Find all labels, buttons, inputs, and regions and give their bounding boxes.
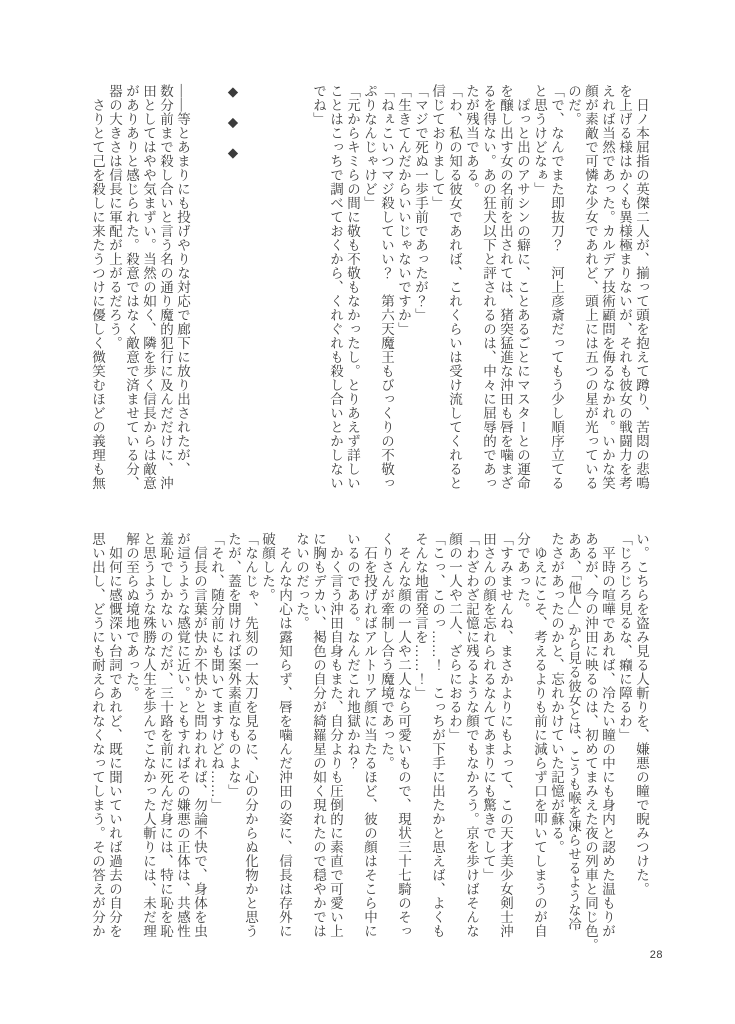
text-line — [191, 84, 208, 478]
text-line: 「わざわざ記憶に残るような顔でもなかろう。京を歩けばそんな — [463, 532, 480, 926]
text-line: ぷりなんじゃけど」 — [361, 84, 378, 478]
text-line: のだ。 — [565, 84, 582, 478]
text-line: くりさんが牽制し合う魔境であった。 — [378, 532, 395, 926]
text-line: かく言う沖田自身もまた、自分よりも圧倒的に素直で可愛い上 — [327, 532, 344, 926]
text-line: 思い出し、どうにも耐えられなくなってしまう。その答えが分か — [89, 532, 106, 926]
text-line — [242, 84, 259, 478]
text-line: るを得ない。あの狂犬以下と評されるのは、中々に屈辱的であっ — [480, 84, 497, 478]
section-divider-diamonds: ◆ ◆ ◆ — [225, 84, 242, 478]
text-line: 「なんじゃ、先刻の一太刀を見るに、心の分からぬ化物かと思う — [242, 532, 259, 926]
text-line: ぽっと出のアサシンの癖に、ことあるごとにマスターとの運命 — [514, 84, 531, 478]
text-line: がありありと感じられた。殺意ではなく敵意で済ませている分、 — [123, 84, 140, 478]
text-line — [293, 84, 310, 478]
text-line: 如何に感慨深い台詞であれど、既に聞いていれば過去の自分を — [106, 532, 123, 926]
text-line: 「じろじろ見るな、癪に障るわ」 — [616, 532, 633, 926]
text-line: 羞恥でしかないのだが、三十路を前に死んだ身には、特に恥を恥 — [157, 532, 174, 926]
text-line: を醸し出す女の名前を出されては、猪突猛進な沖田も唇を噛まざ — [497, 84, 514, 478]
text-line: 「元からキミらの間に敬も不敬もなかったし。とりあえず詳しい — [344, 84, 361, 478]
text-line: に胸もデカい、褐色の自分が綺羅星の如く現れたので穏やかでは — [310, 532, 327, 926]
text-line: 「それ、随分前にも聞いてますけどね……」 — [208, 532, 225, 926]
text-line: そんな内心は露知らず、唇を噛んだ沖田の姿に、信長は存外に — [276, 532, 293, 926]
text-line: 「すみませんね、まさかよりにもよって、この天才美少女剣士沖 — [497, 532, 514, 926]
text-line: いるのである。なんだこれ地獄かね？ — [344, 532, 361, 926]
text-line: 平時の喧嘩であれば、冷たい瞳の中にも身内と認めた温もりが — [599, 532, 616, 926]
text-line: 顔が素敵で可憐な少女であれど、頭上には五つの星が光っている — [582, 84, 599, 478]
text-line: 信長の言葉が快か不快かと問われれば、勿論不快で、身体を虫 — [191, 532, 208, 926]
text-line: が這うような感覚に近い。ともすればその嫌悪の正体は、共感性 — [174, 532, 191, 926]
text-line: 解の至らぬ境地であった。 — [123, 532, 140, 926]
text-line: 信じておりまして」 — [429, 84, 446, 478]
text-line: 器の大きさは信長に軍配が上がるだろう。 — [106, 84, 123, 478]
text-line: 石を投げればアルトリア顔に当たるほど、彼の顔はそこら中に — [361, 532, 378, 926]
text-line: 「マジで死ぬ一歩手前であったが？」 — [412, 84, 429, 478]
text-line — [259, 84, 276, 478]
text-line: 「生きてんだからいいじゃないですか」 — [395, 84, 412, 478]
text-line: 数分前まで殺し合いと言う名の通り魔的犯行に及んだだけに、沖 — [157, 84, 174, 478]
text-line: でね」 — [310, 84, 327, 478]
text-block-top: 日ノ本屈指の英傑二人が、揃って頭を抱えて蹲り、苦悶の悲鳴を上げる様はかくも異様極… — [89, 84, 650, 478]
text-line — [208, 84, 225, 478]
text-line: を上げる様はかくも異様極まりないが、それも彼女の戦闘力を考 — [616, 84, 633, 478]
text-line: 顔の一人や二人、ざらにおるわ」 — [446, 532, 463, 926]
text-line: そんな地雷発言を……！」 — [412, 532, 429, 926]
text-line: たさがあったのかと、忘れかけていた記憶が蘇る。 — [548, 532, 565, 926]
text-line: 破顔した。 — [259, 532, 276, 926]
text-line: ――等とあまりにも投げやりな対応で廊下に放り出されたが、 — [174, 84, 191, 478]
text-line: 「こっ、このっ……！ こっちが下手に出たかと思えば、よくも — [429, 532, 446, 926]
text-line: 「わ、私の知る彼女であれば、これくらいは受け流してくれると — [446, 84, 463, 478]
text-line: 田さんの顔を忘れられるなんてあまりにも驚きでして」 — [480, 532, 497, 926]
text-line: ないのだった。 — [293, 532, 310, 926]
text-line: と思うけどなぁ」 — [531, 84, 548, 478]
text-line — [276, 84, 293, 478]
text-line: あるが、今の沖田に映るのは、初めてまみえた夜の列車と同じ色。 — [582, 532, 599, 926]
text-line: い。こちらを盗み見る人斬りを、嫌悪の瞳で睨みつけた。 — [633, 532, 650, 926]
text-line: 日ノ本屈指の英傑二人が、揃って頭を抱えて蹲り、苦悶の悲鳴 — [633, 84, 650, 478]
text-line: 分であった。 — [514, 532, 531, 926]
text-line: たが残当である。 — [463, 84, 480, 478]
text-line: ゆえにこそ、考えるよりも前に減らず口を叩いてしまうのが自 — [531, 532, 548, 926]
text-line: えれば当然であった。カルデア技術顧問を侮るなかれ。いかな笑 — [599, 84, 616, 478]
text-block-bottom: い。こちらを盗み見る人斬りを、嫌悪の瞳で睨みつけた。「じろじろ見るな、癪に障るわ… — [89, 532, 650, 926]
text-line: ああ、「他人」から見る彼女とは、こうも喉を凍らせるような冷 — [565, 532, 582, 926]
text-line: ことはこっちで調べておくから、くれぐれも殺し合いとかしない — [327, 84, 344, 478]
text-line: 「で、なんでまた即抜刀？ 河上彦斎だってもう少し順序立てる — [548, 84, 565, 478]
page-number: 28 — [650, 949, 663, 961]
text-line: 「ねぇこいつマジ殺していい？ 第六天魔王もびっくりの不敬っ — [378, 84, 395, 478]
text-line: さりとて己を殺しに来たうつけに優しく微笑むほどの義理も無 — [89, 84, 106, 478]
text-line: と思うような殊勝な人生を歩んでこなかった人斬りには、未だ理 — [140, 532, 157, 926]
page: 日ノ本屈指の英傑二人が、揃って頭を抱えて蹲り、苦悶の悲鳴を上げる様はかくも異様極… — [0, 0, 735, 1024]
text-line: たが、蓋を開ければ案外素直なものよな」 — [225, 532, 242, 926]
text-line: 田としてはやや気まずい。当然の如く、隣を歩く信長からは敵意 — [140, 84, 157, 478]
text-line: そんな顔の一人や二人なら可愛いもので、現状三十七騎のそっ — [395, 532, 412, 926]
